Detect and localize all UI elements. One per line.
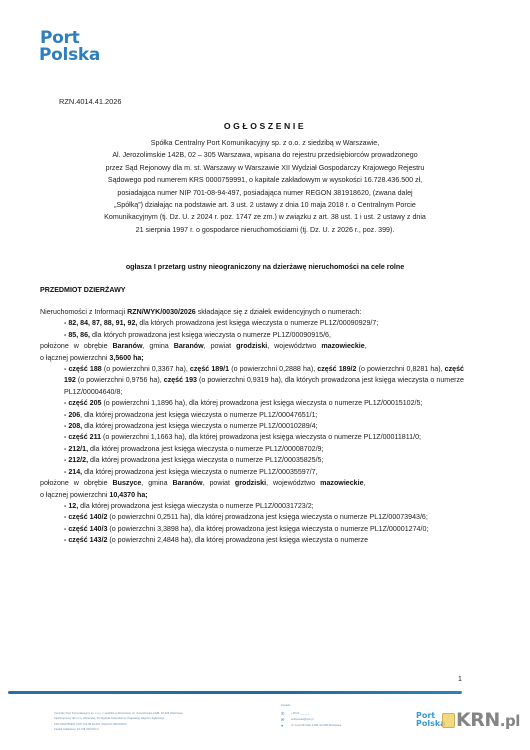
parcel-text: dla której prowadzona jest księga wieczy… <box>88 445 323 453</box>
area-label: o łącznej powierzchni <box>40 491 109 499</box>
information-reference: RZN/WYK/0030/2026 <box>127 308 196 316</box>
parcel-number: część 189/2 <box>317 365 356 373</box>
parcel-number: - część 205 <box>64 399 101 407</box>
wojewodztwo: mazowieckie <box>320 479 363 487</box>
location-icon: ⌖ <box>281 723 286 729</box>
parcel-text: (o powierzchni 0,8281 ha), <box>356 365 444 373</box>
parcel-number: - część 188 <box>64 365 102 373</box>
parcel-item: - 208, dla której prowadzona jest księga… <box>40 421 464 432</box>
reference-number: RZN.4014.41.2026 <box>59 97 121 106</box>
parcel-text: dla których prowadzona jest księga wiecz… <box>137 319 378 327</box>
parcel-number: - 214, <box>64 468 82 476</box>
footer-contact: Kontakt ✆+48 22 ___ ___ ✉sekretariat@cpk… <box>281 703 391 729</box>
watermark-suffix: .pl <box>500 712 520 730</box>
intro-paragraph: Spółka Centralny Port Komunikacyjny sp. … <box>30 137 500 236</box>
krn-watermark: KRN.pl <box>442 709 520 731</box>
address-text: Al. Jerozolimskie 142B, 02-305 Warszawa <box>291 723 341 729</box>
section-heading: PRZEDMIOT DZIERŻAWY <box>40 286 126 294</box>
parcel-text: (o powierzchni 0,3367 ha), <box>102 365 190 373</box>
parcel-group-3: - 12, dla której prowadzona jest księga … <box>40 501 464 547</box>
parcel-number: - część 211 <box>64 433 101 441</box>
contact-address: ⌖Al. Jerozolimskie 142B, 02-305 Warszawa <box>281 723 391 729</box>
lead-text: Nieruchomości z Informacji <box>40 308 127 316</box>
footer-divider <box>8 691 462 694</box>
announcement-heading: ogłasza I przetarg ustny nieograniczony … <box>0 263 530 271</box>
footer-company-info: Centralny Port Komunikacyjny sp. z o.o. … <box>54 711 254 733</box>
parcel-item: - część 205 (o powierzchni 1,1896 ha), d… <box>40 398 464 409</box>
area-line: o łącznej powierzchni 10,4370 ha; <box>40 490 464 501</box>
parcel-item: - część 140/3 (o powierzchni 3,3898 ha),… <box>40 524 464 535</box>
footer-line: Kapitał zakładowy: 16.728.436.500 zł <box>54 727 254 732</box>
intro-line: Komunikacyjnym (tj. Dz. U. z 2024 r. poz… <box>30 211 500 223</box>
intro-line: Al. Jerozolimskie 142B, 02 – 305 Warszaw… <box>30 149 500 161</box>
parcel-item: - 206, dla której prowadzona jest księga… <box>40 410 464 421</box>
parcel-item: - 12, dla której prowadzona jest księga … <box>40 501 464 512</box>
location-text: , gmina <box>141 479 172 487</box>
parcel-number: - 212/2, <box>64 456 88 464</box>
location-text: , <box>364 479 366 487</box>
intro-line: Sądowego pod numerem KRS 0000759991, o k… <box>30 174 500 186</box>
powiat: grodziski <box>235 479 266 487</box>
parcel-number: - część 140/3 <box>64 525 107 533</box>
area-value: 10,4370 ha; <box>109 491 147 499</box>
location-text: , województwo <box>267 342 321 350</box>
powiat: grodziski <box>236 342 267 350</box>
logo-line-2: Polska <box>39 47 100 64</box>
parcel-item: - 85, 86, dla których prowadzona jest ks… <box>40 330 464 341</box>
parcel-item: - część 143/2 (o powierzchni 2,4848 ha),… <box>40 535 464 546</box>
location-text: , <box>365 342 367 350</box>
location-line: położone w obrębie Baranów, gmina Baranó… <box>40 341 464 352</box>
parcel-number: - część 143/2 <box>64 536 107 544</box>
parcel-item: - 212/2, dla której prowadzona jest księ… <box>40 455 464 466</box>
parcel-item: - 214, dla której prowadzona jest księga… <box>40 467 464 478</box>
parcel-item: - 212/1, dla której prowadzona jest księ… <box>40 444 464 455</box>
lock-icon <box>442 713 455 728</box>
location-text: , powiat <box>203 479 235 487</box>
parcel-text: , dla której prowadzona jest księga wiec… <box>80 411 317 419</box>
intro-line: „Spółką”) działając na podstawie art. 3 … <box>30 199 500 211</box>
wojewodztwo: mazowieckie <box>321 342 364 350</box>
parcel-number: - 12, <box>64 502 78 510</box>
parcel-group-2: - część 188 (o powierzchni 0,3367 ha), c… <box>40 364 464 478</box>
parcel-text: (o powierzchni 0,9756 ha), <box>76 376 164 384</box>
watermark-text: KRN <box>456 709 500 731</box>
parcel-text: (o powierzchni 2,4848 ha), dla której pr… <box>107 536 368 544</box>
parcel-item: - 82, 84, 87, 88, 91, 92, dla których pr… <box>40 318 464 329</box>
parcel-number: - część 140/2 <box>64 513 107 521</box>
parcel-text: (o powierzchni 1,1663 ha), dla której pr… <box>101 433 421 441</box>
parcel-number: - 212/1, <box>64 445 88 453</box>
gmina: Baranów <box>174 342 204 350</box>
parcel-text: (o powierzchni 1,1896 ha), dla której pr… <box>101 399 422 407</box>
parcel-number: - 206 <box>64 411 80 419</box>
parcel-text: dla której prowadzona jest księga wieczy… <box>78 502 313 510</box>
area-line: o łącznej powierzchni 3,5600 ha; <box>40 353 464 364</box>
parcel-text: (o powierzchni 0,2511 ha), dla której pr… <box>107 513 427 521</box>
obreb: Baranów <box>113 342 143 350</box>
lead-text-end: składające się z działek ewidencyjnych o… <box>196 308 362 316</box>
intro-line: Spółka Centralny Port Komunikacyjny sp. … <box>30 137 500 149</box>
location-text: położone w obrębie <box>40 342 113 350</box>
intro-line: posiadająca numer NIP 701-08-94-497, pos… <box>30 187 500 199</box>
port-polska-logo: Port Polska <box>40 30 100 64</box>
parcel-text: dla której prowadzona jest księga wieczy… <box>82 422 317 430</box>
location-line: położone w obrębie Buszyce, gmina Baranó… <box>40 478 464 489</box>
parcel-item: - część 211 (o powierzchni 1,1663 ha), d… <box>40 432 464 443</box>
parcel-number: część 193 <box>164 376 197 384</box>
gmina: Baranów <box>173 479 203 487</box>
obreb: Buszyce <box>113 479 142 487</box>
location-text: położone w obrębie <box>40 479 113 487</box>
location-text: , województwo <box>266 479 320 487</box>
parcel-item: - część 140/2 (o powierzchni 0,2511 ha),… <box>40 512 464 523</box>
lead-paragraph: Nieruchomości z Informacji RZN/WYK/0030/… <box>40 307 464 318</box>
parcel-number: - 208, <box>64 422 82 430</box>
parcel-numbers: - 85, 86, <box>64 331 90 339</box>
location-text: , powiat <box>204 342 236 350</box>
parcel-text: dla której prowadzona jest księga wieczy… <box>82 468 317 476</box>
parcel-text: (o powierzchni 0,2888 ha), <box>229 365 317 373</box>
parcel-numbers: - 82, 84, 87, 88, 91, 92, <box>64 319 137 327</box>
parcel-text: dla których prowadzona jest księga wiecz… <box>90 331 331 339</box>
area-label: o łącznej powierzchni <box>40 354 109 362</box>
page-number: 1 <box>458 676 462 683</box>
parcel-item: - część 188 (o powierzchni 0,3367 ha), c… <box>40 364 464 398</box>
intro-line: 21 sierpnia 1997 r. o gospodarce nieruch… <box>30 224 500 236</box>
contact-label: Kontakt <box>281 703 391 709</box>
parcel-number: część 189/1 <box>190 365 229 373</box>
lease-subject-body: Nieruchomości z Informacji RZN/WYK/0030/… <box>40 307 464 547</box>
parcel-text: (o powierzchni 3,3898 ha), dla której pr… <box>107 525 428 533</box>
area-value: 3,5600 ha; <box>109 354 143 362</box>
document-title: OGŁOSZENIE <box>0 121 530 131</box>
location-text: , gmina <box>142 342 173 350</box>
parcel-text: dla której prowadzona jest księga wieczy… <box>88 456 323 464</box>
intro-line: przez Sąd Rejonowy dla m. st. Warszawy w… <box>30 162 500 174</box>
